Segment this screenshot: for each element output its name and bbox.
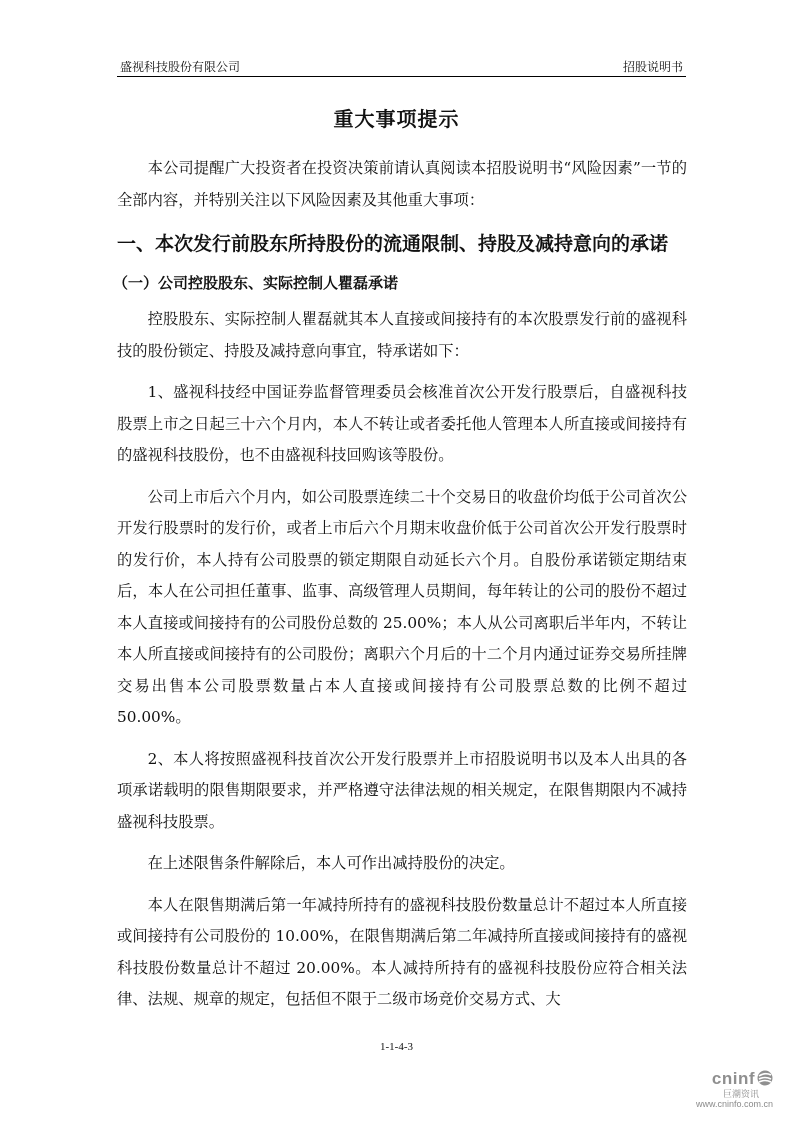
paragraph: 2、本人将按照盛视科技首次公开发行股票并上市招股说明书以及本人出具的各项承诺载明…	[117, 744, 687, 839]
header-company-name: 盛视科技股份有限公司	[120, 58, 240, 75]
page-number: 1-1-4-3	[0, 1041, 793, 1053]
cninfo-url: www.cninfo.com.cn	[696, 1099, 773, 1110]
paragraph: 1、盛视科技经中国证券监督管理委员会核准首次公开发行股票后，自盛视科技股票上市之…	[117, 377, 687, 472]
page-header: 盛视科技股份有限公司 招股说明书	[117, 56, 686, 77]
cninfo-logo: cninf	[696, 1069, 773, 1089]
paragraph: 本人在限售期满后第一年减持所持有的盛视科技股份数量总计不超过本人所直接或间接持有…	[117, 890, 687, 1016]
cninfo-chinese-name: 巨潮资讯	[696, 1089, 759, 1099]
subsection-heading-1: （一）公司控股股东、实际控制人瞿磊承诺	[113, 266, 687, 300]
paragraph: 在上述限售条件解除后，本人可作出减持股份的决定。	[117, 848, 687, 880]
intro-paragraph: 本公司提醒广大投资者在投资决策前请认真阅读本招股说明书“风险因素”一节的全部内容…	[117, 153, 687, 216]
cninfo-watermark: cninf 巨潮资讯 www.cninfo.com.cn	[696, 1069, 773, 1110]
document-body: 本公司提醒广大投资者在投资决策前请认真阅读本招股说明书“风险因素”一节的全部内容…	[117, 153, 687, 1016]
cninfo-swirl-icon	[757, 1070, 773, 1086]
paragraph: 公司上市后六个月内，如公司股票连续二十个交易日的收盘价均低于公司首次公开发行股票…	[117, 482, 687, 734]
section-heading-1: 一、本次发行前股东所持股份的流通限制、持股及减持意向的承诺	[117, 224, 687, 264]
paragraph: 控股股东、实际控制人瞿磊就其本人直接或间接持有的本次股票发行前的盛视科技的股份锁…	[117, 304, 687, 367]
page-title: 重大事项提示	[0, 103, 793, 132]
header-document-type: 招股说明书	[623, 58, 683, 75]
cninfo-brand-text: cninf	[712, 1069, 755, 1088]
